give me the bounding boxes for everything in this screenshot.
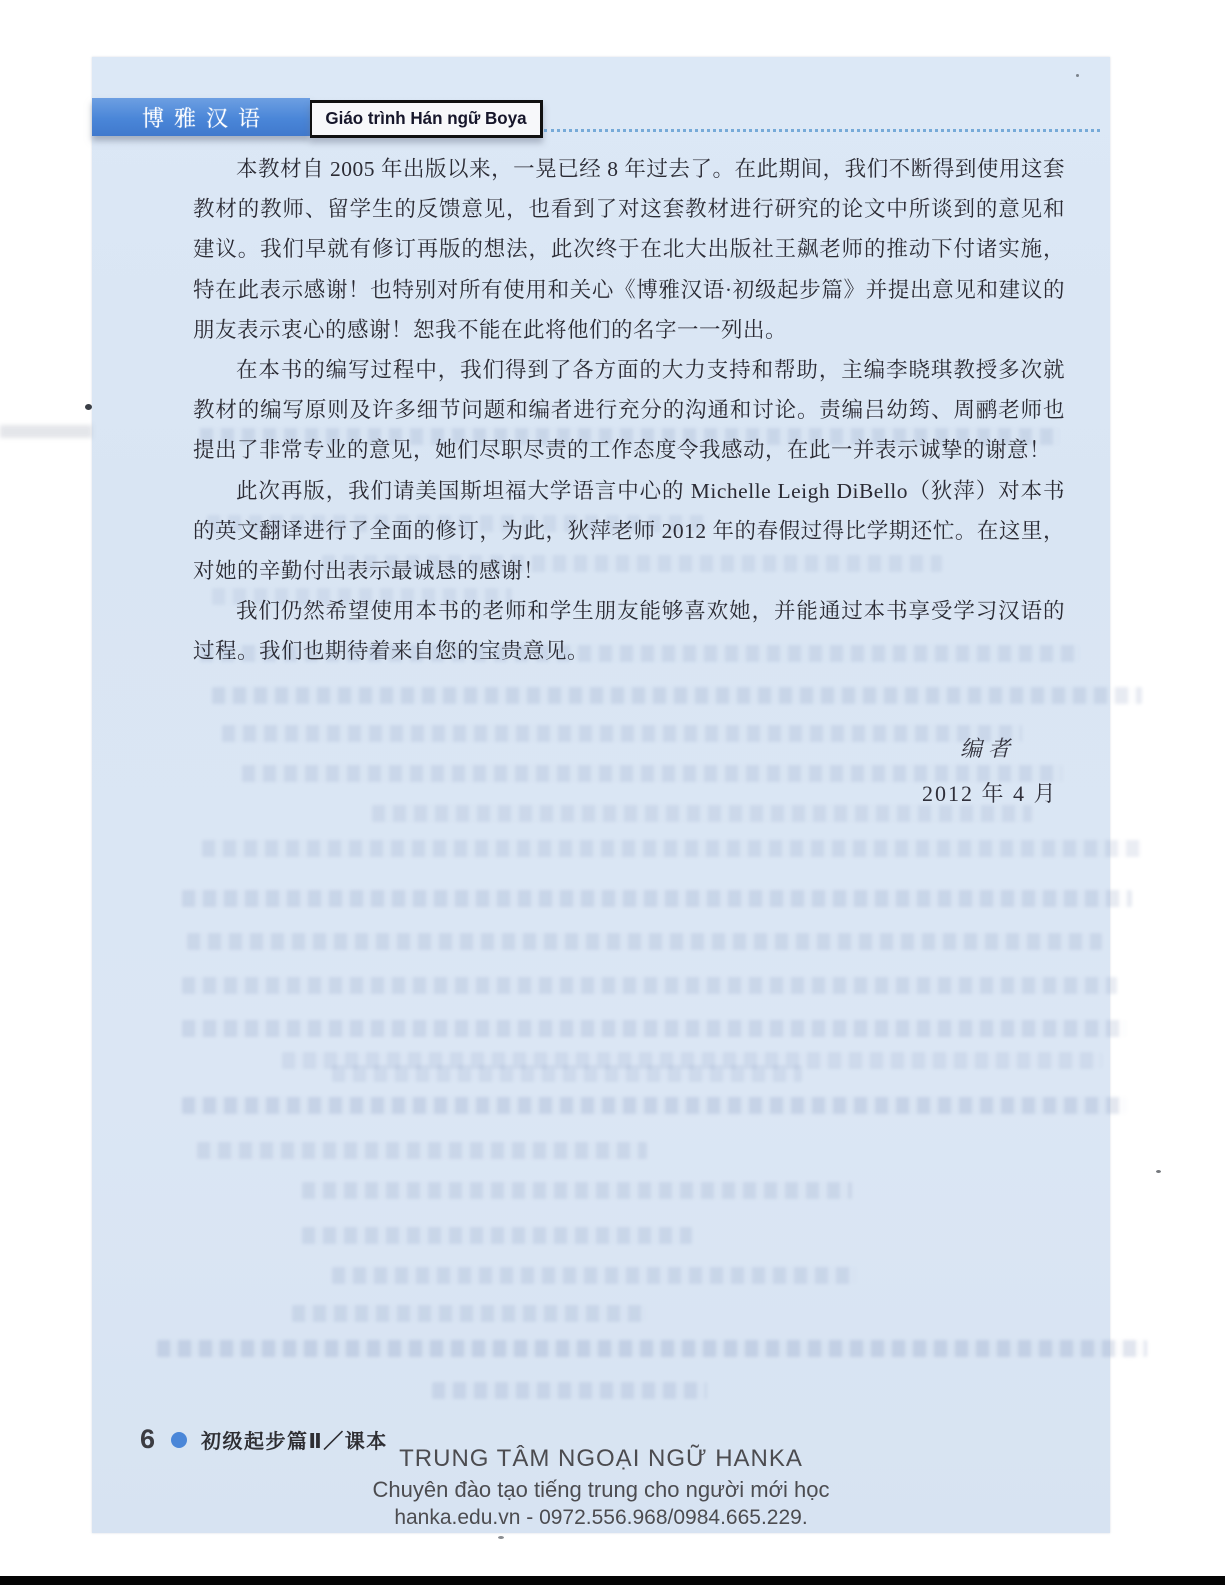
- scanned-book-page: { "header": { "series_title_zh": "博雅汉语",…: [0, 0, 1225, 1585]
- bleedthrough-line: [292, 1305, 647, 1322]
- bleedthrough-line: [182, 977, 1117, 994]
- bleedthrough-line: [212, 687, 1142, 704]
- watermark-org-name: TRUNG TÂM NGOẠI NGỮ HANKA: [92, 1445, 1110, 1473]
- scan-smear: [0, 425, 92, 438]
- editor-signature: 编者: [960, 732, 1016, 763]
- bleedthrough-line: [182, 890, 1132, 907]
- bleedthrough-line: [332, 1065, 802, 1082]
- page-scan: 博雅汉语 Giáo trình Hán ngữ Boya 本教材自 2005 年…: [92, 57, 1110, 1533]
- preface-paragraph-1: 本教材自 2005 年出版以来，一晃已经 8 年过去了。在此期间，我们不断得到使…: [193, 149, 1065, 350]
- preface-paragraph-4: 我们仍然希望使用本书的老师和学生朋友能够喜欢她，并能通过本书享受学习汉语的过程。…: [193, 591, 1065, 671]
- bleedthrough-line: [187, 933, 1102, 950]
- watermark-contact: hanka.edu.vn - 0972.556.968/0984.665.229…: [92, 1506, 1110, 1530]
- publish-date: 2012 年 4 月: [922, 777, 1058, 808]
- series-title-vi: Giáo trình Hán ngữ Boya: [325, 109, 526, 130]
- bleedthrough-line: [222, 725, 1022, 742]
- bottom-scan-bar: [0, 1576, 1225, 1585]
- bleedthrough-line: [332, 1267, 857, 1284]
- preface-paragraph-2: 在本书的编写过程中，我们得到了各方面的大力支持和帮助，主编李晓琪教授多次就教材的…: [193, 350, 1065, 471]
- bleedthrough-line: [197, 1142, 647, 1159]
- preface-text: 本教材自 2005 年出版以来，一晃已经 8 年过去了。在此期间，我们不断得到使…: [193, 149, 1065, 672]
- scan-speck: [1076, 74, 1079, 77]
- scan-speck: [1156, 1170, 1161, 1173]
- series-title-zh: 博雅汉语: [132, 102, 270, 133]
- bleedthrough-line: [302, 1227, 692, 1244]
- bleedthrough-line: [182, 1020, 1127, 1037]
- preface-paragraph-3: 此次再版，我们请美国斯坦福大学语言中心的 Michelle Leigh DiBe…: [193, 471, 1065, 592]
- watermark-stamp: TRUNG TÂM NGOẠI NGỮ HANKA Chuyên đào tạo…: [92, 1445, 1110, 1530]
- bleedthrough-line: [182, 1097, 1127, 1114]
- scan-speck: [498, 1536, 504, 1539]
- series-banner: 博雅汉语: [92, 98, 310, 136]
- dotted-separator: [544, 129, 1100, 132]
- series-title-box: Giáo trình Hán ngữ Boya: [310, 100, 543, 138]
- bleedthrough-line: [302, 1182, 852, 1199]
- scan-speck: [85, 404, 92, 410]
- bleedthrough-line: [157, 1340, 1147, 1357]
- bleedthrough-line: [202, 840, 1142, 857]
- bleedthrough-line: [432, 1382, 707, 1399]
- watermark-tagline: Chuyên đào tạo tiếng trung cho người mới…: [92, 1477, 1110, 1503]
